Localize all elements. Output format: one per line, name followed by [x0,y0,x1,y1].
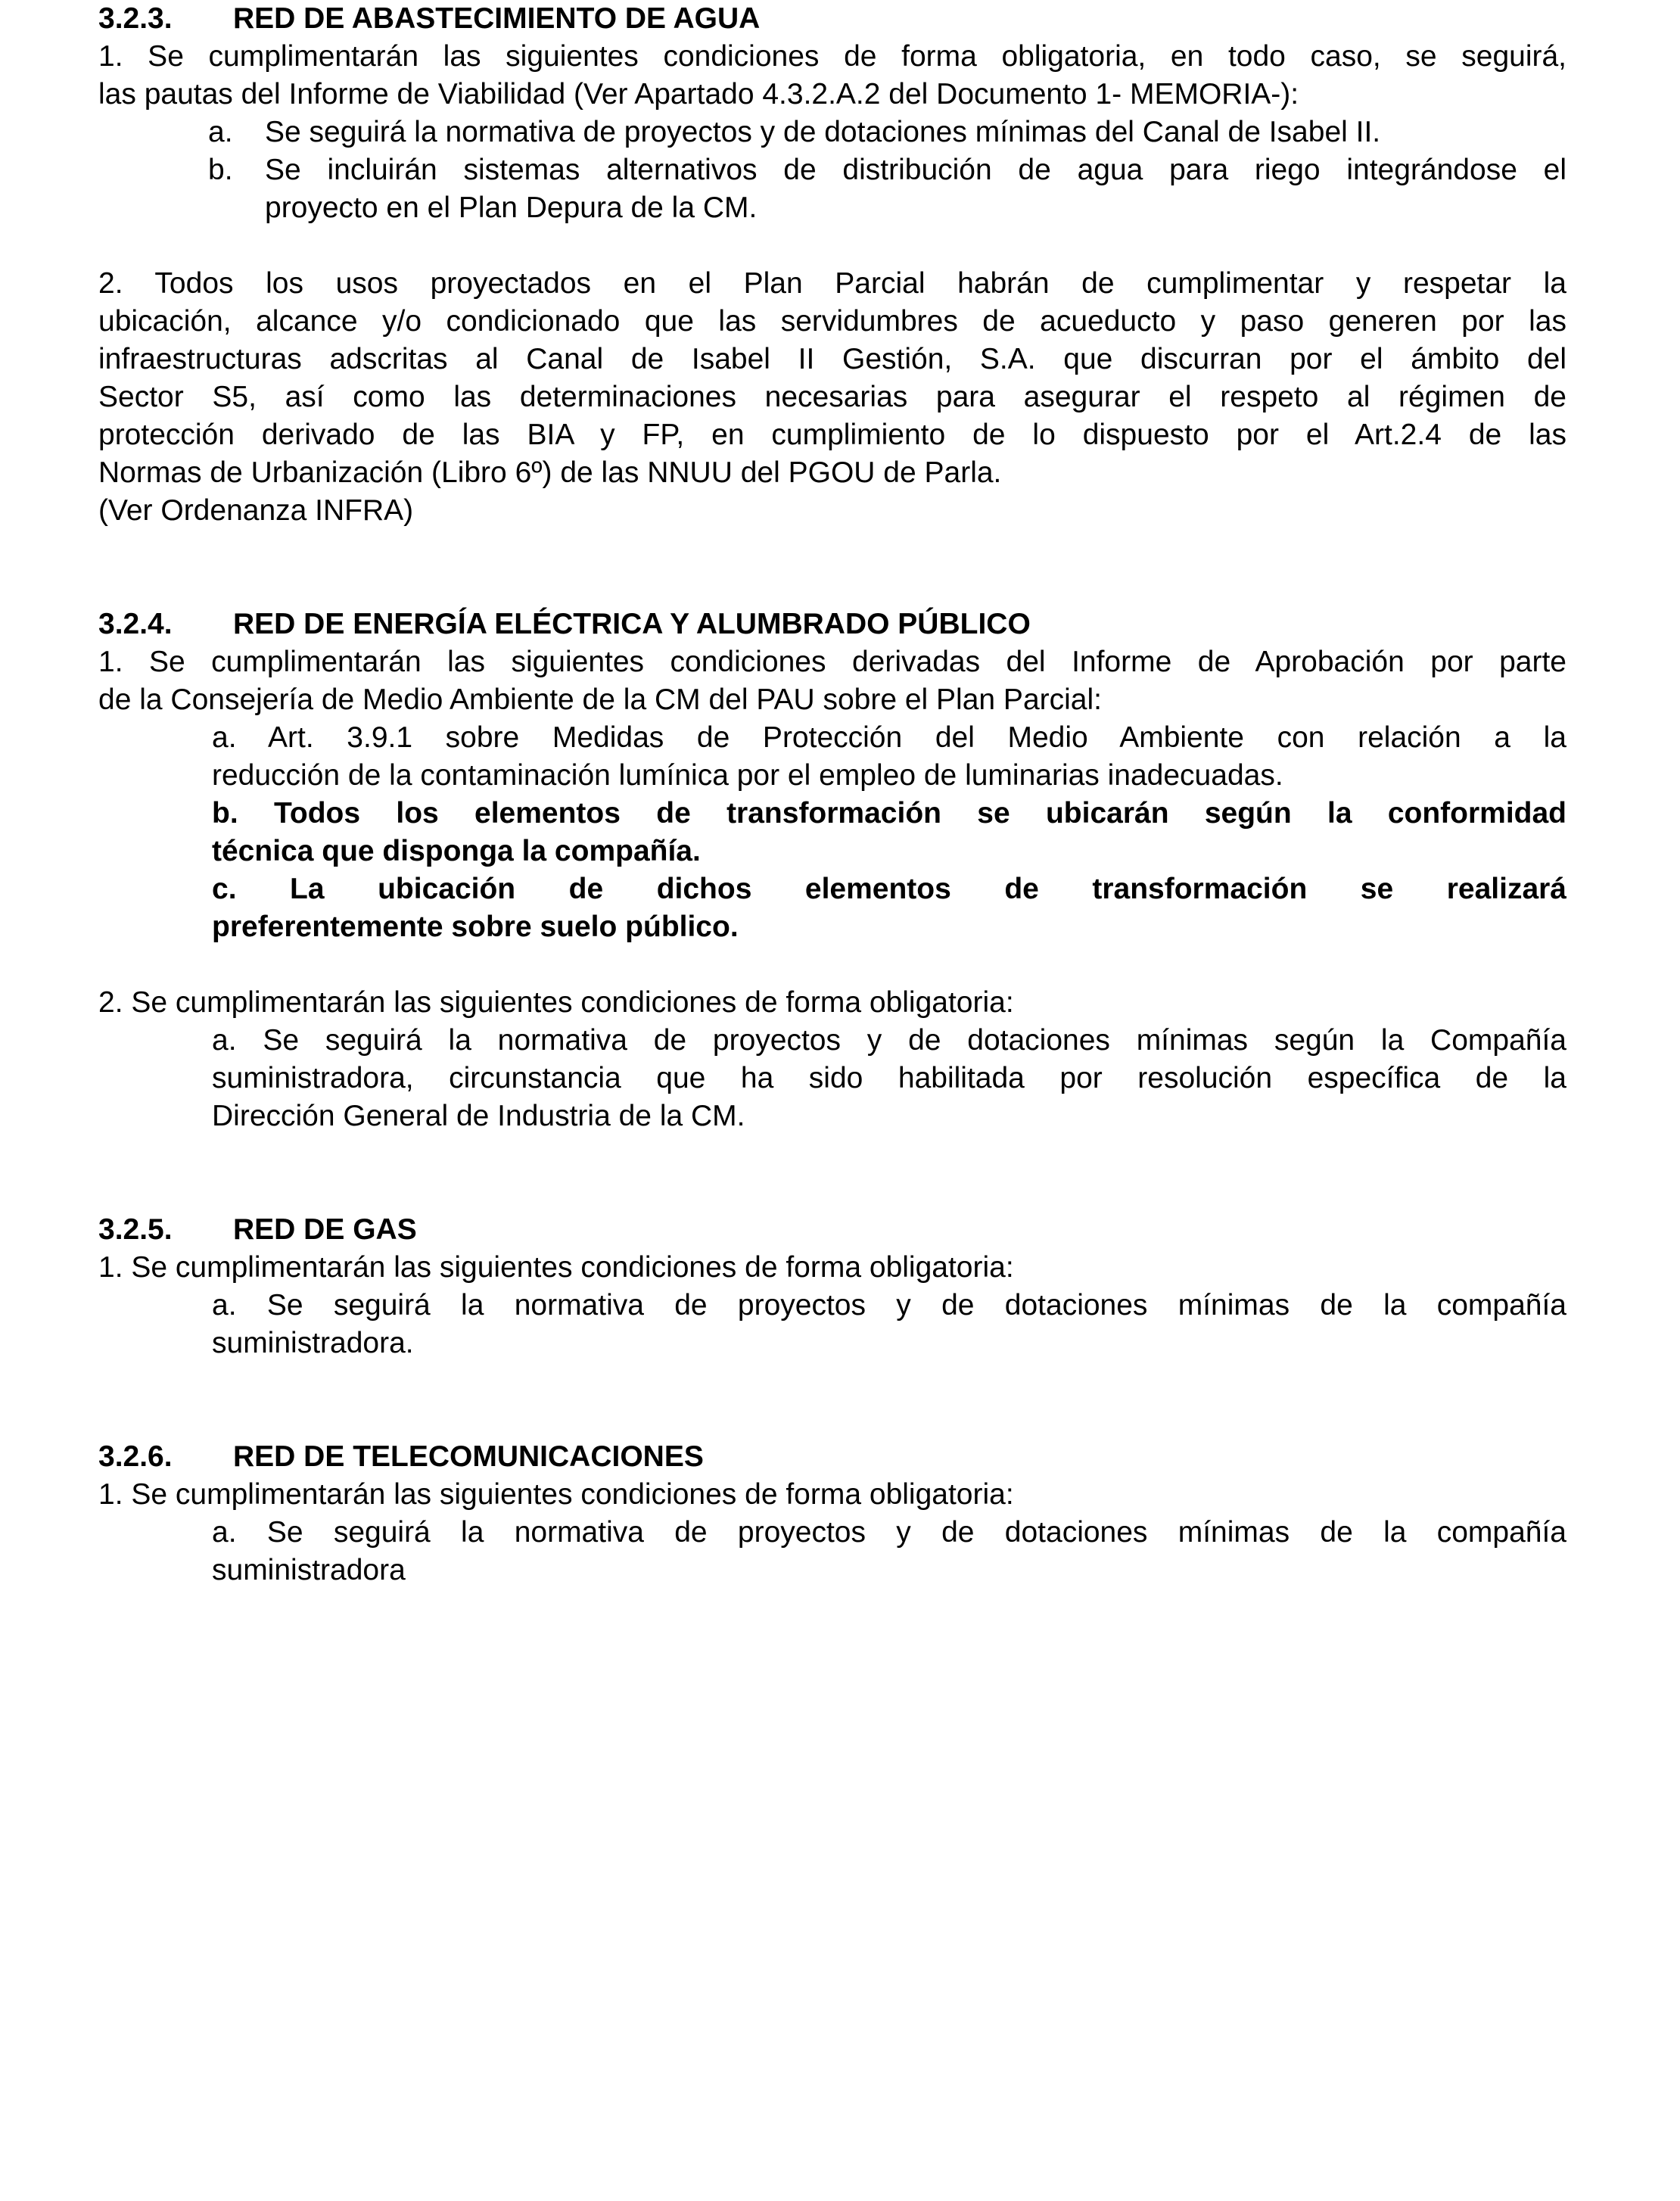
section-title: RED DE TELECOMUNICACIONES [233,1440,704,1473]
section-number: 3.2.6. [98,1438,233,1476]
section-heading-3-2-3: 3.2.3.RED DE ABASTECIMIENTO DE AGUA [98,0,1566,38]
paragraph-line: 2. Se cumplimentarán las siguientes cond… [98,984,1566,1022]
paragraph-line: ubicación, alcance y/o condicionado que … [98,303,1566,341]
list-item-text: suministradora. [212,1325,1566,1362]
list-item-text: preferentemente sobre suelo público. [212,908,1566,946]
list-item-text: Se seguirá la normativa de proyectos y d… [265,114,1566,151]
list-item-text: suministradora, circunstancia que ha sid… [212,1060,1566,1097]
document-page: 3.2.3.RED DE ABASTECIMIENTO DE AGUA 1. S… [98,0,1566,1589]
paragraph-line: de la Consejería de Medio Ambiente de la… [98,681,1566,719]
list-label: a. [208,114,265,151]
list-item-a: a. Se seguirá la normativa de proyectos … [212,1022,1566,1135]
section-title: RED DE ABASTECIMIENTO DE AGUA [233,2,760,35]
section-title: RED DE GAS [233,1213,417,1246]
list-label: b. [208,151,265,227]
paragraph-line: (Ver Ordenanza INFRA) [98,492,1566,530]
paragraph-line: las pautas del Informe de Viabilidad (Ve… [98,76,1566,114]
list-item-b: b. Se incluirán sistemas alternativos de… [208,151,1566,227]
paragraph-line: Sector S5, así como las determinaciones … [98,378,1566,416]
list-item-text: suministradora [212,1552,1566,1589]
paragraph-line: infraestructuras adscritas al Canal de I… [98,341,1566,378]
list-item-b: b. Todos los elementos de transformación… [212,795,1566,870]
section-heading-3-2-5: 3.2.5.RED DE GAS [98,1211,1566,1249]
paragraph-line: 1. Se cumplimentarán las siguientes cond… [98,1476,1566,1514]
list-item-a: a. Se seguirá la normativa de proyectos … [212,1287,1566,1362]
section-number: 3.2.5. [98,1211,233,1249]
paragraph-line: 1. Se cumplimentarán las siguientes cond… [98,1249,1566,1287]
list-item-text: c. La ubicación de dichos elementos de t… [212,870,1566,908]
list-item-text: a. Se seguirá la normativa de proyectos … [212,1022,1566,1060]
list-item-text: técnica que disponga la compañía. [212,833,1566,870]
paragraph-line: 2. Todos los usos proyectados en el Plan… [98,265,1566,303]
paragraph-line: Normas de Urbanización (Libro 6º) de las… [98,454,1566,492]
paragraph-line: protección derivado de las BIA y FP, en … [98,416,1566,454]
section-number: 3.2.4. [98,606,233,643]
list-item-text: Dirección General de Industria de la CM. [212,1097,1566,1135]
section-number: 3.2.3. [98,0,233,38]
list-item-c: c. La ubicación de dichos elementos de t… [212,870,1566,946]
list-item-text: b. Todos los elementos de transformación… [212,795,1566,833]
paragraph-line: 1. Se cumplimentarán las siguientes cond… [98,38,1566,76]
section-heading-3-2-6: 3.2.6.RED DE TELECOMUNICACIONES [98,1438,1566,1476]
list-item-a: a. Se seguirá la normativa de proyectos … [208,114,1566,151]
list-item-text: a. Se seguirá la normativa de proyectos … [212,1514,1566,1552]
list-item-a: a. Se seguirá la normativa de proyectos … [212,1514,1566,1589]
paragraph-line: 1. Se cumplimentarán las siguientes cond… [98,643,1566,681]
list-item-a: a. Art. 3.9.1 sobre Medidas de Protecció… [212,719,1566,795]
section-heading-3-2-4: 3.2.4.RED DE ENERGÍA ELÉCTRICA Y ALUMBRA… [98,606,1566,643]
section-title: RED DE ENERGÍA ELÉCTRICA Y ALUMBRADO PÚB… [233,608,1031,640]
list-item-text: proyecto en el Plan Depura de la CM. [265,189,1566,227]
list-item-text: a. Art. 3.9.1 sobre Medidas de Protecció… [212,719,1566,757]
list-item-text: a. Se seguirá la normativa de proyectos … [212,1287,1566,1325]
list-item-text: Se incluirán sistemas alternativos de di… [265,151,1566,189]
list-item-text: reducción de la contaminación lumínica p… [212,757,1566,795]
